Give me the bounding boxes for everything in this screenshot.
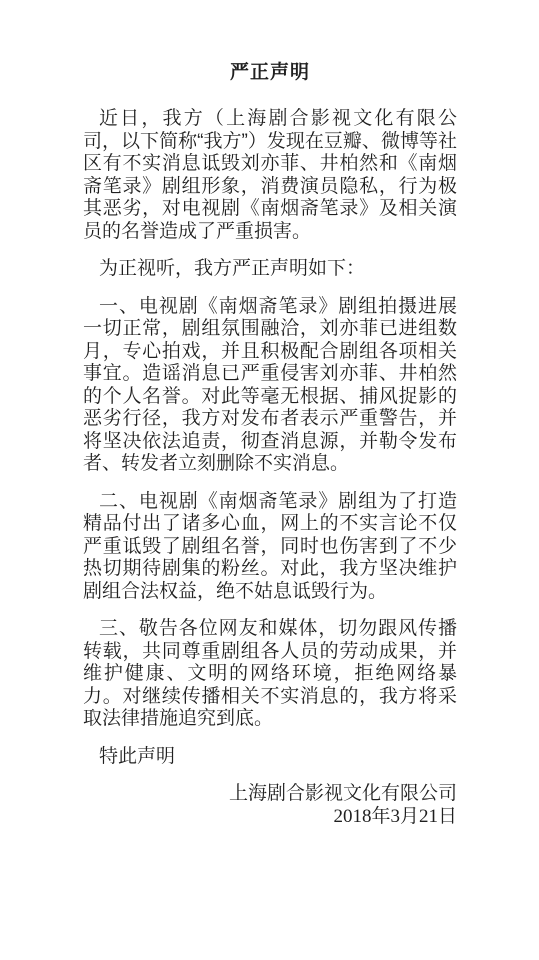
statement-paragraph-item-3: 三、敬告各位网友和媒体，切勿跟风传播转载，共同尊重剧组各人员的劳动成果，并维护健… [83, 618, 457, 731]
signature-block: 上海剧合影视文化有限公司 2018年3月21日 [83, 783, 457, 828]
signature-company: 上海剧合影视文化有限公司 [83, 783, 457, 806]
statement-paragraph-intro: 近日，我方（上海剧合影视文化有限公司，以下简称“我方”）发现在豆瓣、微博等社区有… [83, 108, 457, 243]
statement-page: 严正声明 近日，我方（上海剧合影视文化有限公司，以下简称“我方”）发现在豆瓣、微… [0, 0, 539, 960]
statement-paragraph-lead-in: 为正视听，我方严正声明如下： [83, 258, 457, 281]
statement-paragraph-item-2: 二、电视剧《南烟斋笔录》剧组为了打造精品付出了诸多心血，网上的不实言论不仅严重诋… [83, 491, 457, 604]
statement-title: 严正声明 [83, 61, 457, 84]
statement-closing: 特此声明 [83, 746, 457, 769]
statement-document: 严正声明 近日，我方（上海剧合影视文化有限公司，以下简称“我方”）发现在豆瓣、微… [0, 0, 539, 828]
signature-date: 2018年3月21日 [83, 806, 457, 829]
statement-paragraph-item-1: 一、电视剧《南烟斋笔录》剧组拍摄进展一切正常，剧组氛围融洽，刘亦菲已进组数月，专… [83, 296, 457, 476]
